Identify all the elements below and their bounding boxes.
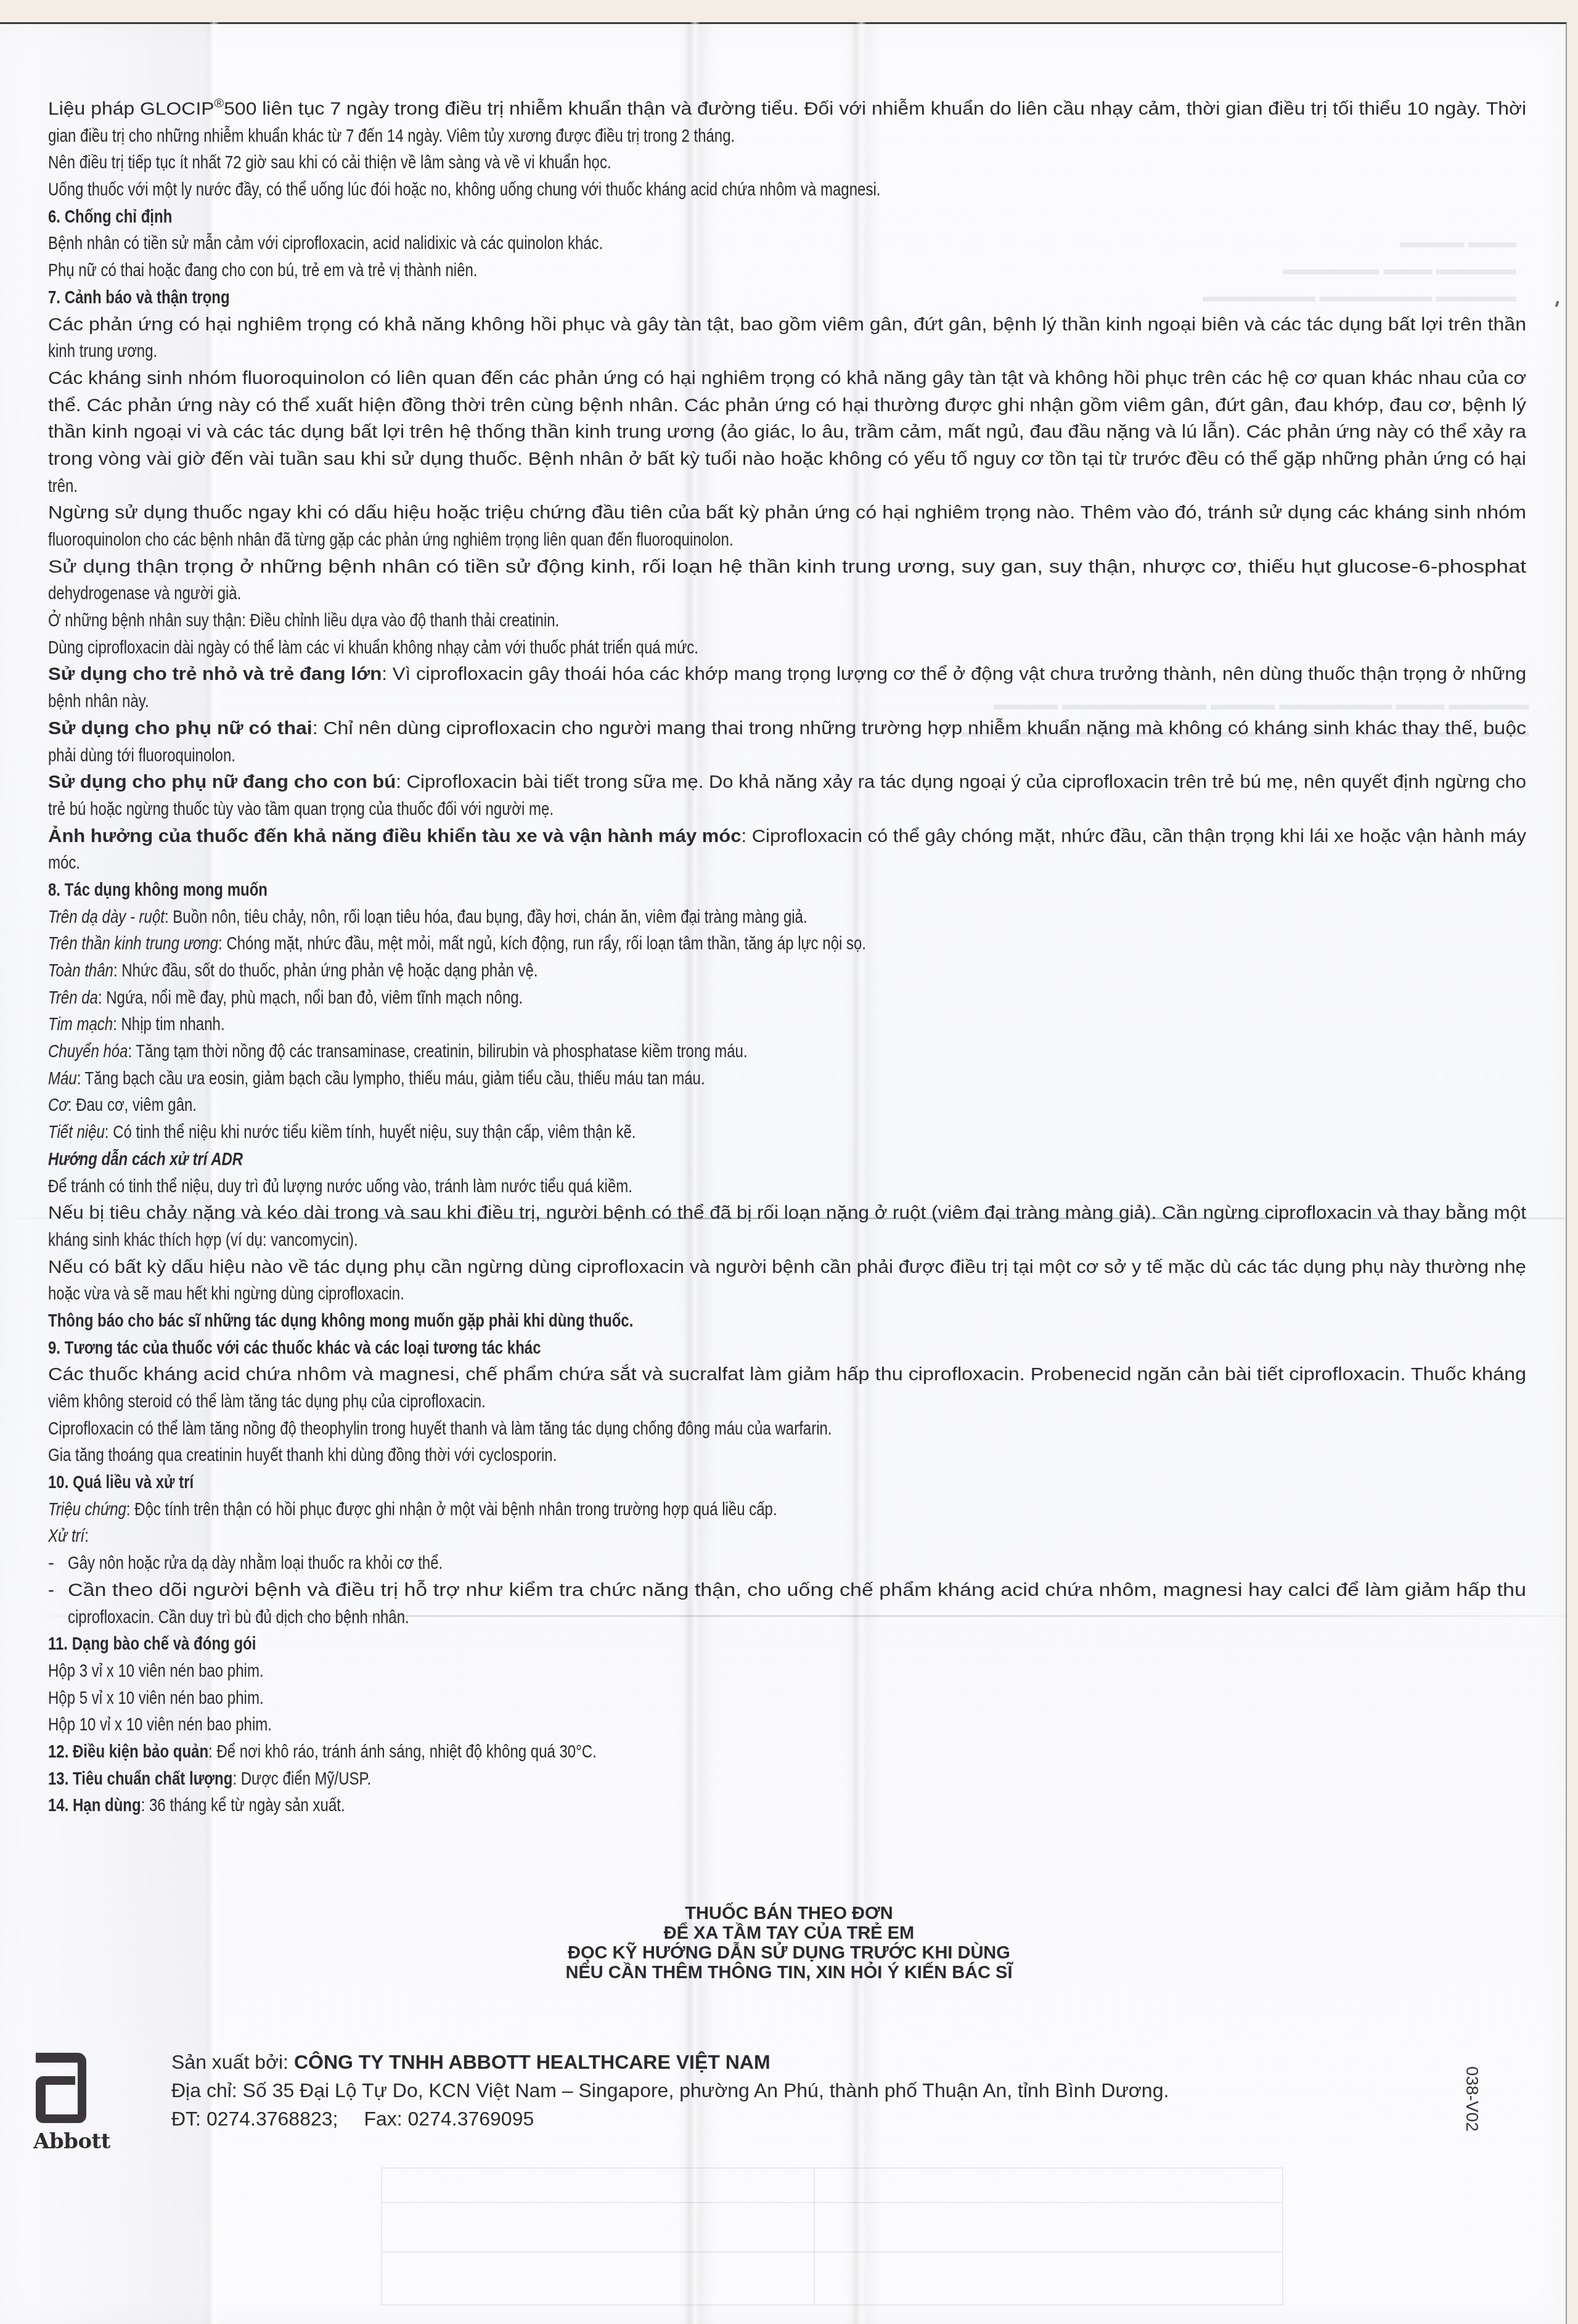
notice-line: ĐỂ XA TẦM TAY CỦA TRẺ EM: [0, 1923, 1578, 1943]
text-line: kháng sinh khác thích hợp (ví dụ: vancom…: [48, 1227, 1526, 1254]
text-line: Hộp 10 vỉ x 10 viên nén bao phim.: [48, 1711, 1526, 1738]
section-heading: 10. Quá liều và xử trí: [48, 1469, 1526, 1496]
text-run: Sử dụng cho phụ nữ đang cho con bú: [48, 772, 396, 792]
text-run: : Vì ciprofloxacin gây thoái hóa các khớ…: [382, 664, 1526, 684]
text-line: Ở những bệnh nhân suy thận: Điều chỉnh l…: [48, 607, 1526, 634]
text-run: Chuyển hóa: [48, 1041, 128, 1062]
text-run: kháng sinh khác thích hợp (ví dụ: vancom…: [48, 1230, 358, 1250]
text-line: trên.: [48, 473, 1526, 500]
text-line: phải dùng tới fluoroquinolon.: [48, 742, 1526, 769]
text-line: Chuyển hóa: Tăng tạm thời nồng độ các tr…: [48, 1038, 1526, 1065]
text-run: 11. Dạng bào chế và đóng gói: [48, 1634, 256, 1654]
text-line: Trên thần kinh trung ương: Chóng mặt, nh…: [48, 930, 1526, 957]
text-run: : Buồn nôn, tiêu chảy, nôn, rối loạn tiê…: [165, 907, 807, 927]
text-run: móc.: [48, 853, 80, 873]
text-line: 14. Hạn dùng: 36 tháng kể từ ngày sản xu…: [48, 1792, 1526, 1819]
text-run: 6. Chống chỉ định: [48, 207, 172, 227]
section-heading: 8. Tác dụng không mong muốn: [48, 877, 1526, 904]
text-run: fluoroquinolon cho các bệnh nhân đã từng…: [48, 530, 734, 550]
text-run: Ở những bệnh nhân suy thận: Điều chỉnh l…: [48, 610, 559, 631]
text-run: : Đau cơ, viêm gân.: [68, 1095, 197, 1115]
text-line: móc.: [48, 849, 1526, 877]
text-run: : Nhịp tim nhanh.: [113, 1014, 224, 1034]
text-line: trẻ bú hoặc ngừng thuốc tùy vào tầm quan…: [48, 796, 1526, 823]
text-run: : Tăng tạm thời nồng độ các transaminase…: [128, 1041, 747, 1062]
text-line: Toàn thân: Nhức đầu, sốt do thuốc, phản …: [48, 957, 1526, 984]
text-line: thần kinh ngoại vi và các tác dụng bất l…: [48, 419, 1526, 446]
text-line: Các phản ứng có hại nghiêm trọng có khả …: [48, 311, 1526, 338]
abbott-a-logo-icon: [35, 2052, 88, 2124]
text-run: : Nhức đầu, sốt do thuốc, phản ứng phản …: [113, 960, 538, 981]
text-run: 13. Tiêu chuẩn chất lượng: [48, 1769, 232, 1789]
text-run: Nếu có bất kỳ dấu hiệu nào về tác dụng p…: [48, 1257, 1526, 1277]
text-run: Liệu pháp GLOCIP: [48, 99, 215, 119]
text-run: 12. Điều kiện bảo quản: [48, 1741, 208, 1762]
text-line: Gia tăng thoáng qua creatinin huyết than…: [48, 1442, 1526, 1469]
text-run: : 36 tháng kể từ ngày sản xuất.: [141, 1795, 345, 1815]
text-line: thể. Các phản ứng này có thể xuất hiện đ…: [48, 392, 1526, 419]
text-line: Sử dụng cho phụ nữ có thai: Chỉ nên dùng…: [48, 715, 1526, 742]
text-run: thể. Các phản ứng này có thể xuất hiện đ…: [48, 395, 1526, 415]
text-run: Sử dụng cho trẻ nhỏ và trẻ đang lớn: [48, 664, 382, 684]
text-line: hoặc vừa và sẽ mau hết khi ngừng dùng ci…: [48, 1280, 1526, 1307]
section-heading: Hướng dẫn cách xử trí ADR: [48, 1146, 1526, 1173]
text-run: :: [84, 1526, 89, 1546]
text-line: Các kháng sinh nhóm fluoroquinolon có li…: [48, 365, 1526, 392]
text-run: kinh trung ương.: [48, 341, 157, 361]
text-line: Ảnh hưởng của thuốc đến khả năng điều kh…: [48, 823, 1526, 850]
text-run: viêm không steroid có thể làm tăng tác d…: [48, 1391, 486, 1412]
text-line: kinh trung ương.: [48, 338, 1526, 365]
notice-line: NẾU CẦN THÊM THÔNG TIN, XIN HỎI Ý KIẾN B…: [0, 1963, 1578, 1982]
text-line: Nên điều trị tiếp tục ít nhất 72 giờ sau…: [48, 149, 1526, 176]
text-line: -Gây nôn hoặc rửa dạ dày nhằm loại thuốc…: [48, 1550, 1526, 1577]
text-run: Uống thuốc với một ly nước đầy, có thể u…: [48, 179, 880, 200]
text-line: Dùng ciprofloxacin dài ngày có thể làm c…: [48, 634, 1526, 661]
text-run: Gia tăng thoáng qua creatinin huyết than…: [48, 1445, 557, 1465]
text-line: Uống thuốc với một ly nước đầy, có thể u…: [48, 176, 1526, 203]
text-line: Tiết niệu: Có tinh thể niệu khi nước tiể…: [48, 1119, 1526, 1146]
text-run: Nếu bị tiêu chảy nặng và kéo dài trong v…: [48, 1203, 1526, 1223]
notice-line: THUỐC BÁN THEO ĐƠN: [0, 1904, 1578, 1923]
text-run: Trên da: [48, 988, 98, 1008]
prescription-notice: THUỐC BÁN THEO ĐƠN ĐỂ XA TẦM TAY CỦA TRẺ…: [0, 1904, 1578, 1982]
abbott-wordmark: Abbott: [33, 2129, 110, 2154]
text-run: phải dùng tới fluoroquinolon.: [48, 745, 235, 766]
text-line: Nếu bị tiêu chảy nặng và kéo dài trong v…: [48, 1200, 1526, 1227]
text-line: Sử dụng thận trọng ở những bệnh nhân có …: [48, 554, 1526, 581]
text-line: trong vòng vài giờ đến vài tuần sau khi …: [48, 446, 1526, 473]
manufacturer-phone: ĐT: 0274.3768823;: [171, 2108, 338, 2130]
text-run: Thông báo cho bác sĩ những tác dụng khôn…: [48, 1311, 633, 1331]
text-run: : Chỉ nên dùng ciprofloxacin cho người m…: [313, 718, 1526, 739]
text-run: : Để nơi khô ráo, tránh ánh sáng, nhiệt …: [208, 1741, 597, 1762]
text-line: Cơ: Đau cơ, viêm gân.: [48, 1092, 1526, 1119]
text-line: 12. Điều kiện bảo quản: Để nơi khô ráo, …: [48, 1738, 1526, 1766]
text-line: ciprofloxacin. Cần duy trì bù đủ dịch ch…: [48, 1604, 1526, 1631]
text-run: Để tránh có tinh thể niệu, duy trì đủ lư…: [48, 1176, 632, 1197]
text-run: Dùng ciprofloxacin dài ngày có thể làm c…: [48, 637, 698, 658]
section-heading: Thông báo cho bác sĩ những tác dụng khôn…: [48, 1307, 1526, 1335]
text-run: Cơ: [48, 1095, 68, 1115]
text-line: Ciprofloxacin có thể làm tăng nồng độ th…: [48, 1415, 1526, 1442]
text-line: Trên da: Ngứa, nổi mề đay, phù mạch, nổi…: [48, 984, 1526, 1012]
text-run: trên.: [48, 476, 78, 496]
text-run: Trên dạ dày - ruột: [48, 907, 165, 927]
text-run: Trên thần kinh trung ương: [48, 933, 218, 954]
text-line: -Cần theo dõi người bệnh và điều trị hỗ …: [48, 1577, 1526, 1604]
text-run: thần kinh ngoại vi và các tác dụng bất l…: [48, 422, 1526, 442]
text-run: Tim mạch: [48, 1014, 113, 1034]
text-line: Hộp 5 vỉ x 10 viên nén bao phim.: [48, 1685, 1526, 1712]
text-run: bệnh nhân này.: [48, 691, 149, 711]
text-run: Các kháng sinh nhóm fluoroquinolon có li…: [48, 368, 1526, 388]
text-line: Ngừng sử dụng thuốc ngay khi có dấu hiệu…: [48, 499, 1526, 526]
section-heading: 7. Cảnh báo và thận trọng: [48, 284, 1526, 311]
text-run: Hướng dẫn cách xử trí ADR: [48, 1149, 243, 1169]
text-run: gian điều trị cho những nhiễm khuẩn khác…: [48, 126, 735, 146]
text-run: Bệnh nhân có tiền sử mẫn cảm với ciprofl…: [48, 233, 603, 253]
text-run: 14. Hạn dùng: [48, 1795, 141, 1815]
text-run: Ảnh hưởng của thuốc đến khả năng điều kh…: [48, 826, 741, 846]
text-line: bệnh nhân này.: [48, 688, 1526, 715]
text-line: Máu: Tăng bạch cầu ưa eosin, giảm bạch c…: [48, 1065, 1526, 1092]
text-run: Sử dụng thận trọng ở những bệnh nhân có …: [48, 557, 1526, 577]
text-run: Tiết niệu: [48, 1122, 105, 1142]
text-line: Sử dụng cho trẻ nhỏ và trẻ đang lớn: Vì …: [48, 661, 1526, 688]
text-line: Liệu pháp GLOCIP®500 liên tục 7 ngày tro…: [48, 96, 1526, 123]
show-through-table: [381, 2167, 1283, 2306]
text-run: ciprofloxacin. Cần duy trì bù đủ dịch ch…: [68, 1607, 409, 1627]
text-run: : Ciprofloxacin bài tiết trong sữa mẹ. D…: [396, 772, 1526, 792]
text-run: ®: [215, 97, 224, 110]
text-run: : Dược điển Mỹ/USP.: [232, 1769, 371, 1789]
text-run: Các thuốc kháng acid chứa nhôm và magnes…: [48, 1364, 1526, 1385]
text-line: Trên dạ dày - ruột: Buồn nôn, tiêu chảy,…: [48, 904, 1526, 931]
text-run: Cần theo dõi người bệnh và điều trị hỗ t…: [68, 1580, 1526, 1600]
text-line: Phụ nữ có thai hoặc đang cho con bú, trẻ…: [48, 257, 1526, 284]
text-line: Hộp 3 vỉ x 10 viên nén bao phim.: [48, 1658, 1526, 1685]
text-run: : Ciprofloxacin có thể gây chóng mặt, nh…: [741, 826, 1526, 846]
text-run: Hộp 5 vỉ x 10 viên nén bao phim.: [48, 1688, 264, 1708]
text-line: Bệnh nhân có tiền sử mẫn cảm với ciprofl…: [48, 230, 1526, 257]
text-run: hoặc vừa và sẽ mau hết khi ngừng dùng ci…: [48, 1283, 404, 1304]
text-run: 9. Tương tác của thuốc với các thuốc khá…: [48, 1338, 541, 1358]
text-run: Toàn thân: [48, 960, 113, 981]
text-run: Phụ nữ có thai hoặc đang cho con bú, trẻ…: [48, 260, 478, 280]
section-heading: 6. Chống chỉ định: [48, 203, 1526, 231]
text-line: Triệu chứng: Độc tính trên thận có hồi p…: [48, 1496, 1526, 1523]
text-run: Sử dụng cho phụ nữ có thai: [48, 718, 313, 739]
text-run: 8. Tác dụng không mong muốn: [48, 880, 268, 900]
text-line: Để tránh có tinh thể niệu, duy trì đủ lư…: [48, 1173, 1526, 1200]
text-run: Hộp 10 vỉ x 10 viên nén bao phim.: [48, 1714, 272, 1735]
section-heading: 11. Dạng bào chế và đóng gói: [48, 1630, 1526, 1658]
text-run: : Chóng mặt, nhức đầu, mệt mỏi, mất ngủ,…: [218, 933, 866, 954]
text-run: 10. Quá liều và xử trí: [48, 1472, 194, 1492]
text-run: dehydrogenase và người già.: [48, 583, 241, 604]
text-line: Xử trí:: [48, 1523, 1526, 1550]
text-line: Sử dụng cho phụ nữ đang cho con bú: Cipr…: [48, 769, 1526, 796]
text-line: fluoroquinolon cho các bệnh nhân đã từng…: [48, 526, 1526, 554]
text-run: 7. Cảnh báo và thận trọng: [48, 287, 230, 308]
text-line: Nếu có bất kỳ dấu hiệu nào về tác dụng p…: [48, 1254, 1526, 1281]
text-run: Các phản ứng có hại nghiêm trọng có khả …: [48, 314, 1526, 335]
text-run: Xử trí: [48, 1526, 84, 1546]
text-run: Nên điều trị tiếp tục ít nhất 72 giờ sau…: [48, 152, 611, 173]
text-line: Tim mạch: Nhịp tim nhanh.: [48, 1011, 1526, 1038]
text-run: Ciprofloxacin có thể làm tăng nồng độ th…: [48, 1418, 832, 1439]
text-run: Gây nôn hoặc rửa dạ dày nhằm loại thuốc …: [68, 1553, 443, 1573]
text-run: 500 liên tục 7 ngày trong điều trị nhiễm…: [224, 99, 1526, 119]
text-run: trong vòng vài giờ đến vài tuần sau khi …: [48, 449, 1526, 469]
section-heading: 9. Tương tác của thuốc với các thuốc khá…: [48, 1335, 1526, 1362]
produced-by-label: Sản xuất bởi:: [171, 2051, 294, 2073]
text-run: Máu: [48, 1068, 77, 1089]
text-line: gian điều trị cho những nhiễm khuẩn khác…: [48, 123, 1526, 150]
text-line: dehydrogenase và người già.: [48, 580, 1526, 607]
manufacturer-address: Địa chỉ: Số 35 Đại Lộ Tự Do, KCN Việt Na…: [171, 2076, 1169, 2105]
bullet-dash: -: [48, 1577, 54, 1604]
text-line: Các thuốc kháng acid chứa nhôm và magnes…: [48, 1361, 1526, 1388]
text-run: Hộp 3 vỉ x 10 viên nén bao phim.: [48, 1661, 264, 1681]
text-line: 13. Tiêu chuẩn chất lượng: Dược điển Mỹ/…: [48, 1766, 1526, 1793]
text-run: : Có tinh thể niệu khi nước tiểu kiềm tí…: [105, 1122, 636, 1142]
text-run: : Ngứa, nổi mề đay, phù mạch, nổi ban đỏ…: [98, 988, 523, 1008]
notice-line: ĐỌC KỸ HƯỚNG DẪN SỬ DỤNG TRƯỚC KHI DÙNG: [0, 1943, 1578, 1963]
manufacturer-info: Sản xuất bởi: CÔNG TY TNHH ABBOTT HEALTH…: [171, 2048, 1169, 2133]
text-run: trẻ bú hoặc ngừng thuốc tùy vào tầm quan…: [48, 799, 554, 819]
text-run: : Tăng bạch cầu ưa eosin, giảm bạch cầu …: [77, 1068, 705, 1089]
manufacturer-name: CÔNG TY TNHH ABBOTT HEALTHCARE VIỆT NAM: [294, 2051, 771, 2073]
text-line: viêm không steroid có thể làm tăng tác d…: [48, 1388, 1526, 1415]
document-code: 038-V02: [1462, 2066, 1482, 2132]
bullet-dash: -: [48, 1550, 54, 1577]
text-run: : Độc tính trên thận có hồi phục được gh…: [126, 1499, 777, 1520]
leaflet-body-text: Liệu pháp GLOCIP®500 liên tục 7 ngày tro…: [48, 96, 1526, 1819]
text-run: Triệu chứng: [48, 1499, 126, 1520]
text-run: Ngừng sử dụng thuốc ngay khi có dấu hiệu…: [48, 502, 1526, 523]
manufacturer-fax: Fax: 0274.3769095: [364, 2108, 534, 2130]
